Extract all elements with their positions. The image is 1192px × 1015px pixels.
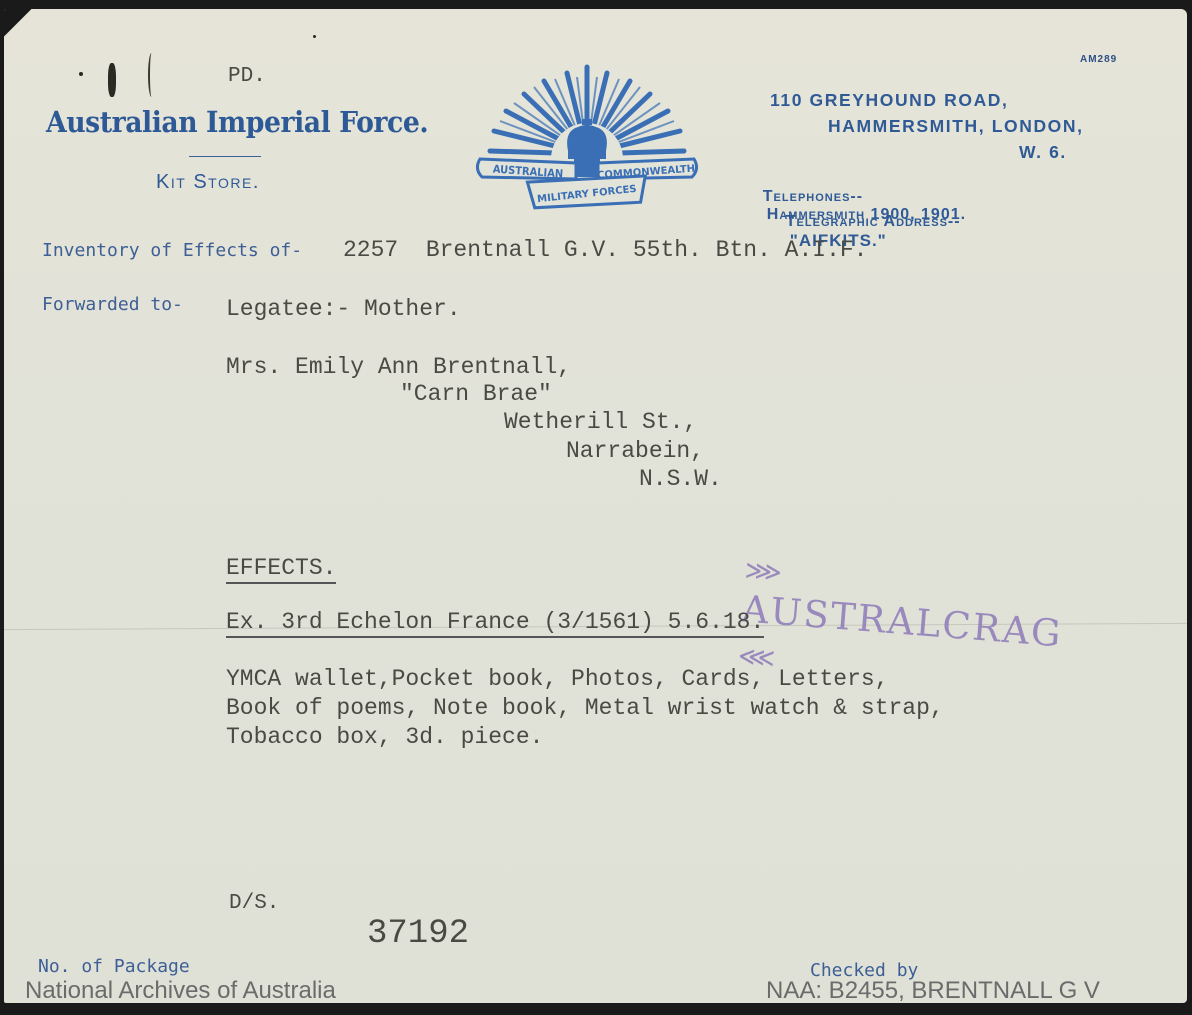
archive-watermark-left: National Archives of Australia xyxy=(25,977,336,1003)
package-number: 37192 xyxy=(367,915,469,953)
rising-sun-badge-icon: AUSTRALIAN COMMONWEALTH MILITARY FORCES xyxy=(472,59,702,219)
telegraphic-label: Telegraphic Address-- xyxy=(786,213,961,230)
stamp-arrow-left-icon: ⋙ xyxy=(744,555,777,587)
recipient-name: Mrs. Emily Ann Brentnall, xyxy=(226,354,571,380)
recipient-suburb: Narrabein, xyxy=(566,438,704,464)
organisation-title: Australian Imperial Force. xyxy=(46,105,428,139)
soldier-details: 2257 Brentnall G.V. 55th. Btn. A.I.F. xyxy=(343,237,868,263)
ink-dot xyxy=(313,35,316,38)
stamp-text: AUSTRALCRAG xyxy=(740,587,1064,655)
effects-items-line-1: YMCA wallet,Pocket book, Photos, Cards, … xyxy=(226,666,889,692)
form-code: AM289 xyxy=(1080,54,1117,65)
effects-source: Ex. 3rd Echelon France (3/1561) 5.6.18. xyxy=(226,609,764,638)
forwarded-value: Legatee:- Mother. xyxy=(226,296,461,322)
recipient-street: Wetherill St., xyxy=(504,409,697,435)
address-line-2: HAMMERSMITH, LONDON, xyxy=(828,116,1084,137)
forwarded-label: Forwarded to- xyxy=(42,294,183,315)
ink-dot xyxy=(79,72,83,76)
inventory-label: Inventory of Effects of- xyxy=(42,240,302,261)
document-page: PD. Australian Imperial Force. Kit Store… xyxy=(4,9,1187,1003)
effects-heading: EFFECTS. xyxy=(226,555,336,584)
effects-items-line-2: Book of poems, Note book, Metal wrist wa… xyxy=(226,695,944,721)
address-line-3: W. 6. xyxy=(1019,142,1067,163)
title-rule xyxy=(189,156,261,157)
file-mark: PD. xyxy=(228,65,266,88)
department-label: Kit Store. xyxy=(156,171,260,194)
punch-tear xyxy=(148,53,155,97)
address-line-1: 110 GREYHOUND ROAD, xyxy=(770,90,1009,111)
archive-watermark-right: NAA: B2455, BRENTNALL G V xyxy=(766,977,1100,1003)
effects-items-line-3: Tobacco box, 3d. piece. xyxy=(226,724,543,750)
recipient-state: N.S.W. xyxy=(639,466,722,492)
no-of-package-label: No. of Package xyxy=(38,956,190,977)
recipient-house: "Carn Brae" xyxy=(400,381,552,407)
punch-hole xyxy=(108,63,116,97)
ds-label: D/S. xyxy=(229,892,279,915)
